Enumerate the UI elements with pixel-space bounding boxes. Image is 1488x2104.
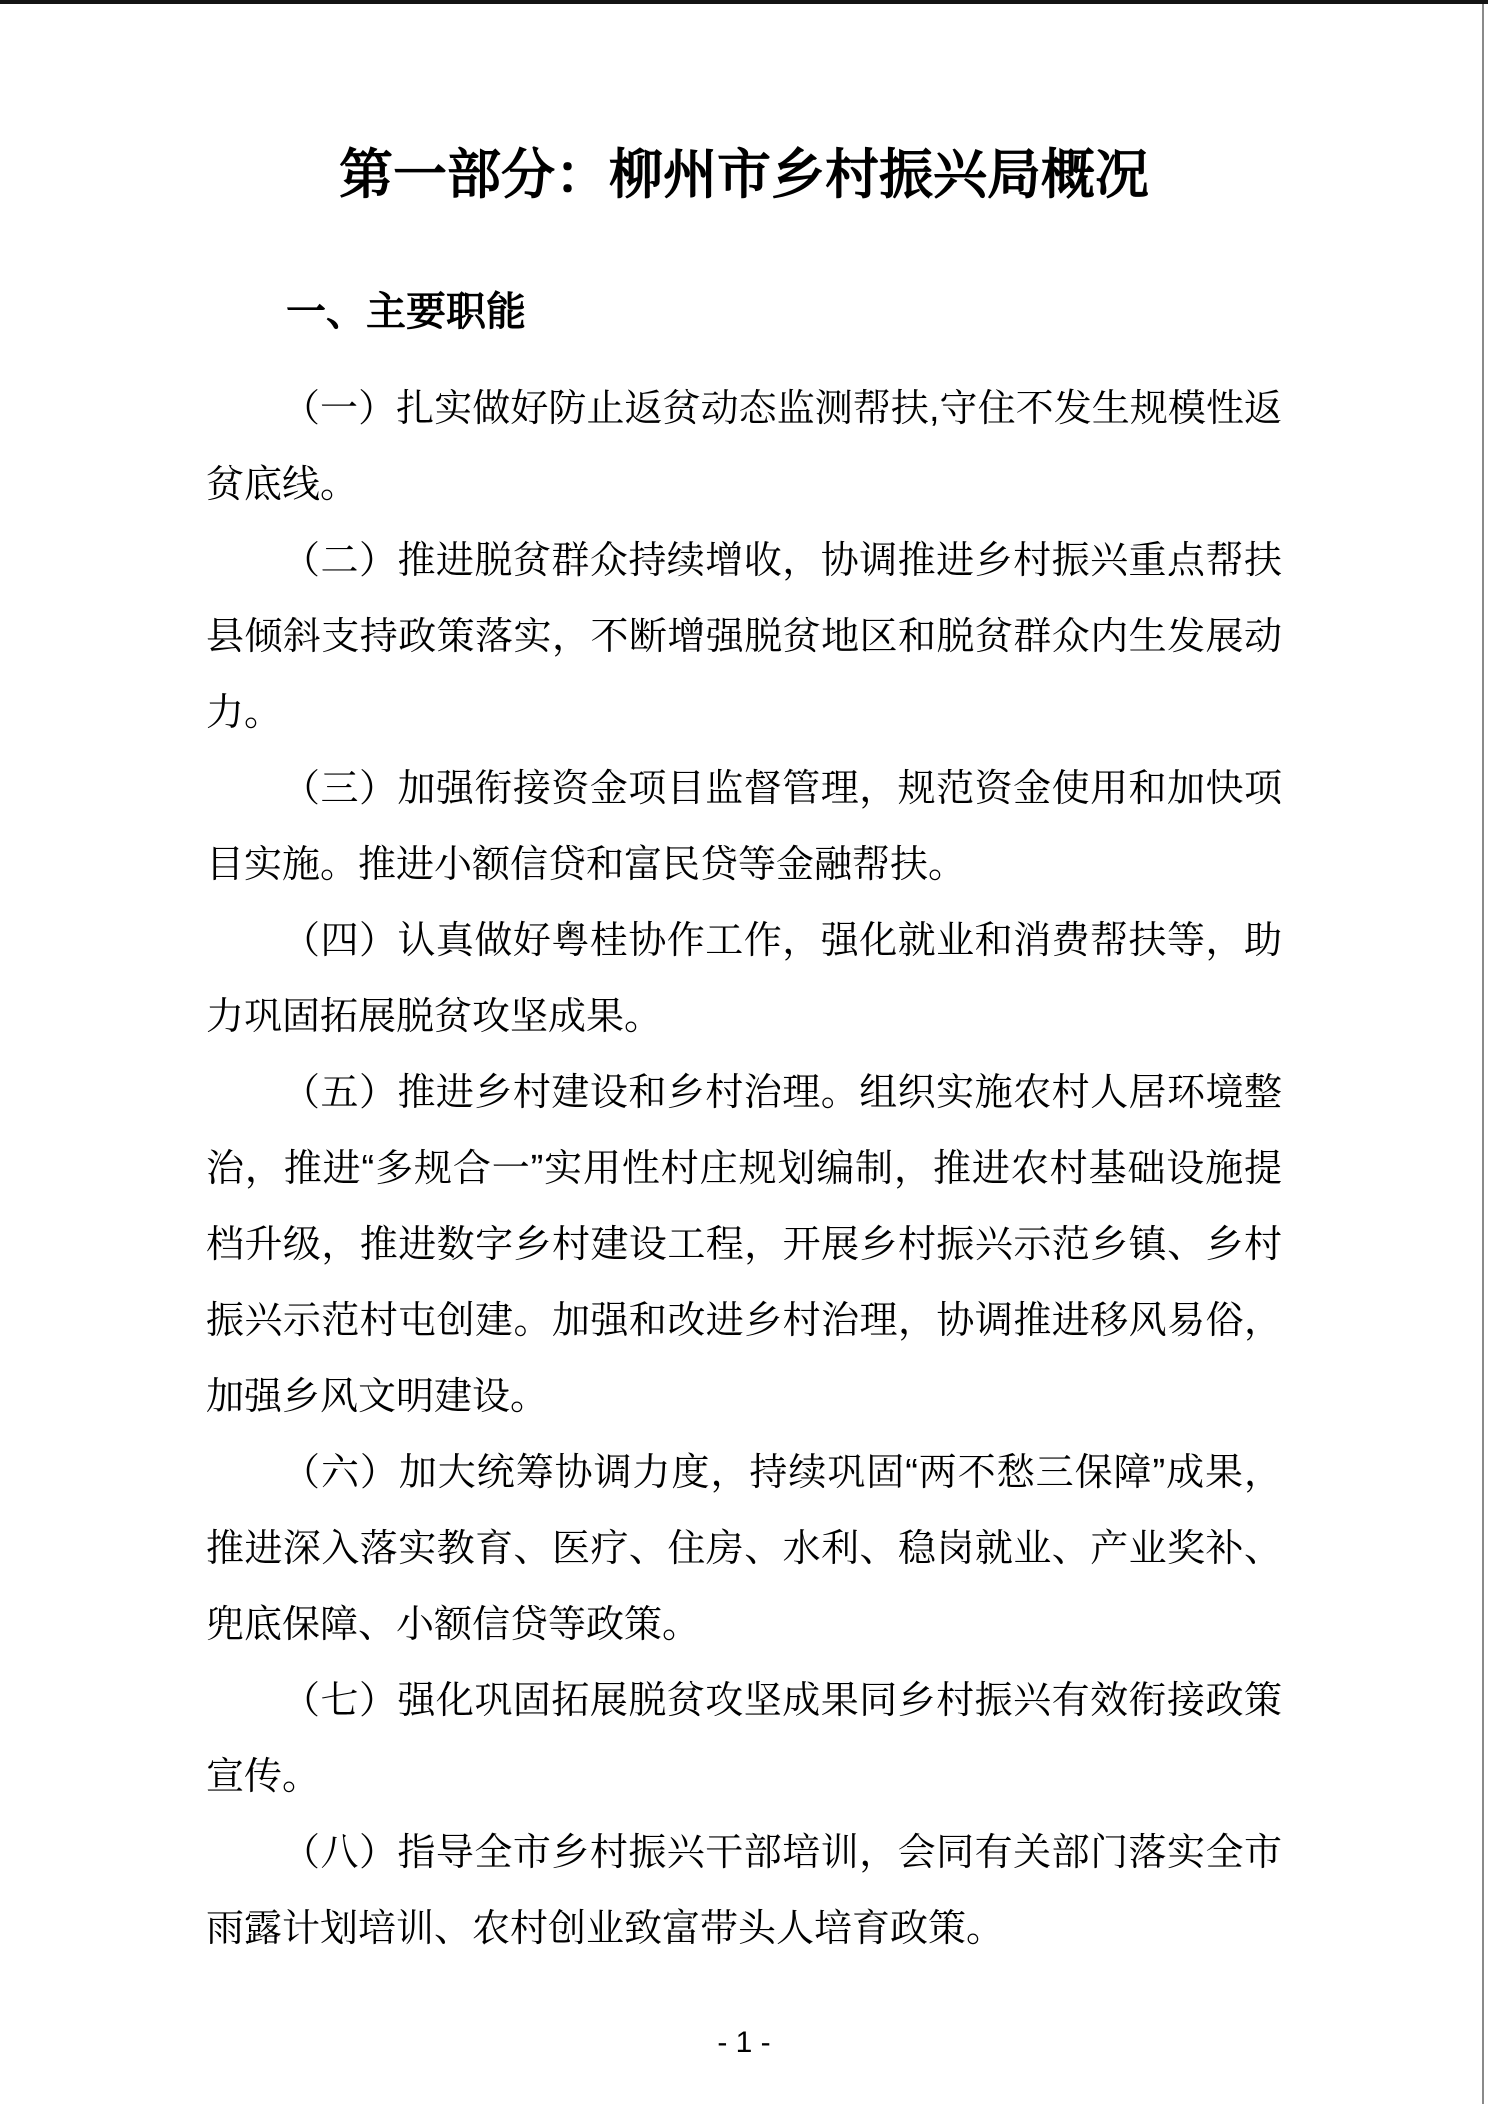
paragraph-block: （一）扎实做好防止返贫动态监测帮扶,守住不发生规模性返贫底线。 （二）推进脱贫群… <box>206 371 1282 1967</box>
document-title: 第一部分：柳州市乡村振兴局概况 <box>206 146 1282 204</box>
paragraph-3: （三）加强衔接资金项目监督管理，规范资金使用和加快项目实施。推进小额信贷和富民贷… <box>206 751 1282 903</box>
page-right-border <box>1482 4 1484 2104</box>
paragraph-6: （六）加大统筹协调力度，持续巩固“两不愁三保障”成果，推进深入落实教育、医疗、住… <box>206 1435 1282 1663</box>
paragraph-4: （四）认真做好粤桂协作工作，强化就业和消费帮扶等，助力巩固拓展脱贫攻坚成果。 <box>206 903 1282 1055</box>
page-number: - 1 - <box>0 2026 1488 2060</box>
section-heading: 一、主要职能 <box>206 282 1282 342</box>
paragraph-1: （一）扎实做好防止返贫动态监测帮扶,守住不发生规模性返贫底线。 <box>206 371 1282 523</box>
document-body: 第一部分：柳州市乡村振兴局概况 一、主要职能 （一）扎实做好防止返贫动态监测帮扶… <box>206 0 1282 1967</box>
paragraph-5: （五）推进乡村建设和乡村治理。组织实施农村人居环境整治，推进“多规合一”实用性村… <box>206 1055 1282 1435</box>
paragraph-7: （七）强化巩固拓展脱贫攻坚成果同乡村振兴有效衔接政策宣传。 <box>206 1663 1282 1815</box>
document-page: { "doc": { "title": "第一部分：柳州市乡村振兴局概况", "… <box>0 0 1488 2104</box>
paragraph-2: （二）推进脱贫群众持续增收，协调推进乡村振兴重点帮扶县倾斜支持政策落实，不断增强… <box>206 523 1282 751</box>
paragraph-8: （八）指导全市乡村振兴干部培训，会同有关部门落实全市雨露计划培训、农村创业致富带… <box>206 1815 1282 1967</box>
